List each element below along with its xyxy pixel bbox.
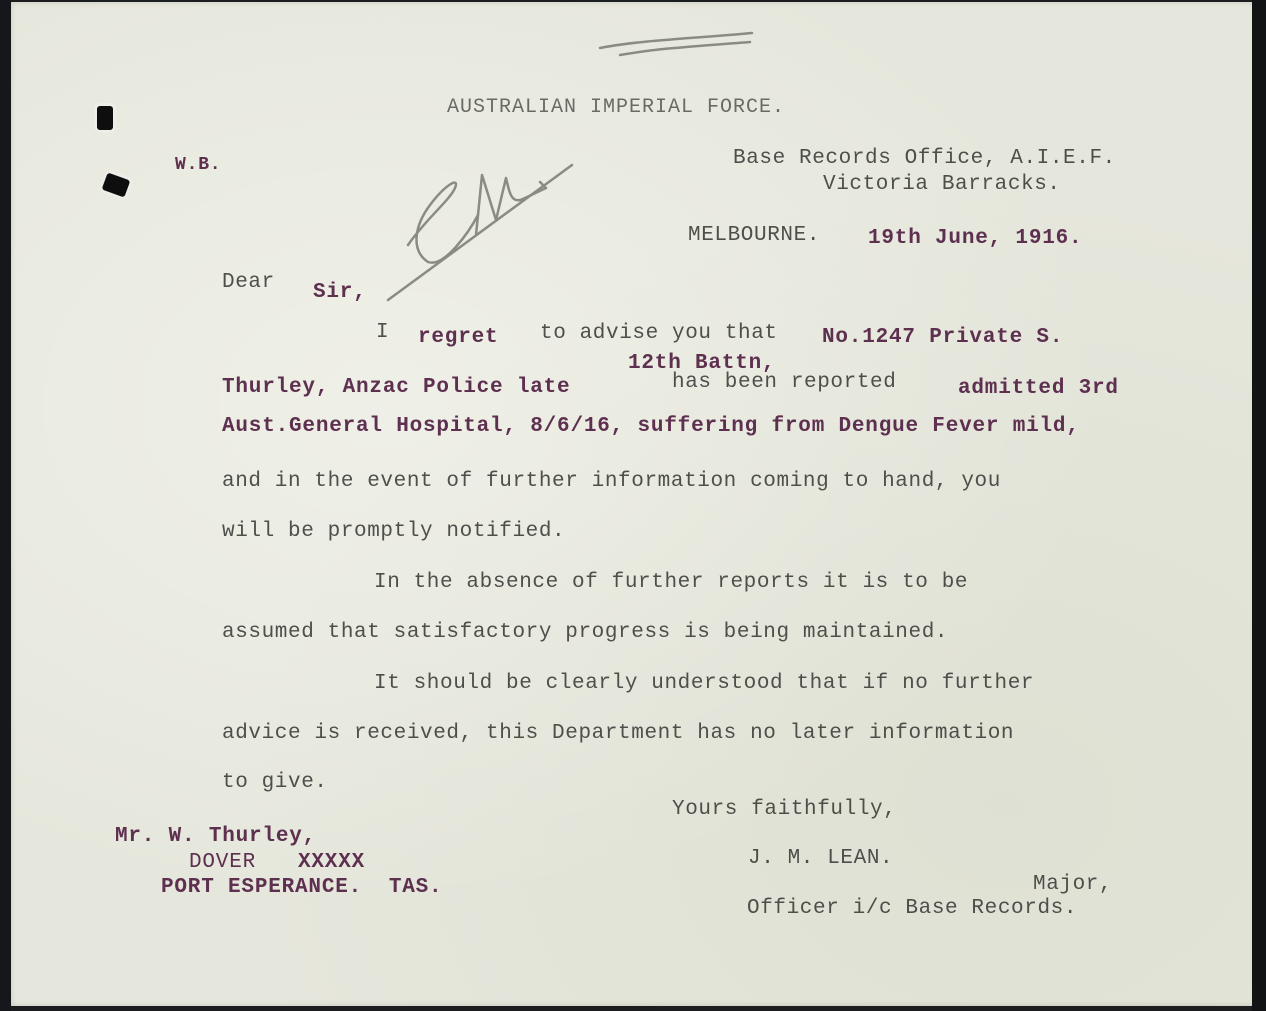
soldier-number: No.1247 Private S. bbox=[822, 327, 1063, 348]
office-line-1: Base Records Office, A.I.E.F. bbox=[733, 148, 1116, 169]
para3-line2: advice is received, this Department has … bbox=[222, 723, 1014, 744]
para3-line3: to give. bbox=[222, 772, 328, 793]
closing: Yours faithfully, bbox=[672, 799, 896, 820]
para1-i: I bbox=[376, 322, 389, 343]
addressee-line-2: DOVER bbox=[189, 852, 256, 873]
soldier-name-unit: Thurley, Anzac Police late bbox=[222, 377, 570, 398]
reference-code: W.B. bbox=[175, 156, 221, 174]
addressee-struck-out: XXXXX bbox=[298, 852, 365, 873]
signatory-title: Officer i/c Base Records. bbox=[747, 898, 1077, 919]
para3-line1: It should be clearly understood that if … bbox=[374, 673, 1034, 694]
hospital-detail: Aust.General Hospital, 8/6/16, suffering… bbox=[222, 416, 1080, 437]
office-line-2: Victoria Barracks. bbox=[823, 174, 1061, 195]
place: MELBOURNE. bbox=[688, 225, 820, 246]
para1-line4: and in the event of further information … bbox=[222, 471, 1001, 492]
addressee-line-1: Mr. W. Thurley, bbox=[115, 826, 316, 847]
para1-regret: regret bbox=[418, 327, 498, 348]
scan-border-left bbox=[0, 0, 11, 1011]
para1-advise: to advise you that bbox=[540, 323, 778, 344]
para2-line2: assumed that satisfactory progress is be… bbox=[222, 622, 948, 643]
date: 19th June, 1916. bbox=[868, 228, 1082, 249]
para2-line1: In the absence of further reports it is … bbox=[374, 572, 968, 593]
hospital-status: admitted 3rd bbox=[958, 378, 1119, 399]
scan-border-right bbox=[1252, 0, 1266, 1011]
signatory-rank: Major, bbox=[1033, 874, 1112, 895]
para1-reported: has been reported bbox=[672, 372, 896, 393]
addressee-line-3: PORT ESPERANCE. TAS. bbox=[161, 877, 442, 898]
para1-line5: will be promptly notified. bbox=[222, 521, 565, 542]
punch-hole-top bbox=[97, 106, 113, 130]
signatory: J. M. LEAN. bbox=[748, 848, 893, 869]
salutation-name: Sir, bbox=[313, 282, 367, 303]
salutation-word: Dear bbox=[222, 272, 275, 293]
letterhead: AUSTRALIAN IMPERIAL FORCE. bbox=[447, 98, 785, 118]
